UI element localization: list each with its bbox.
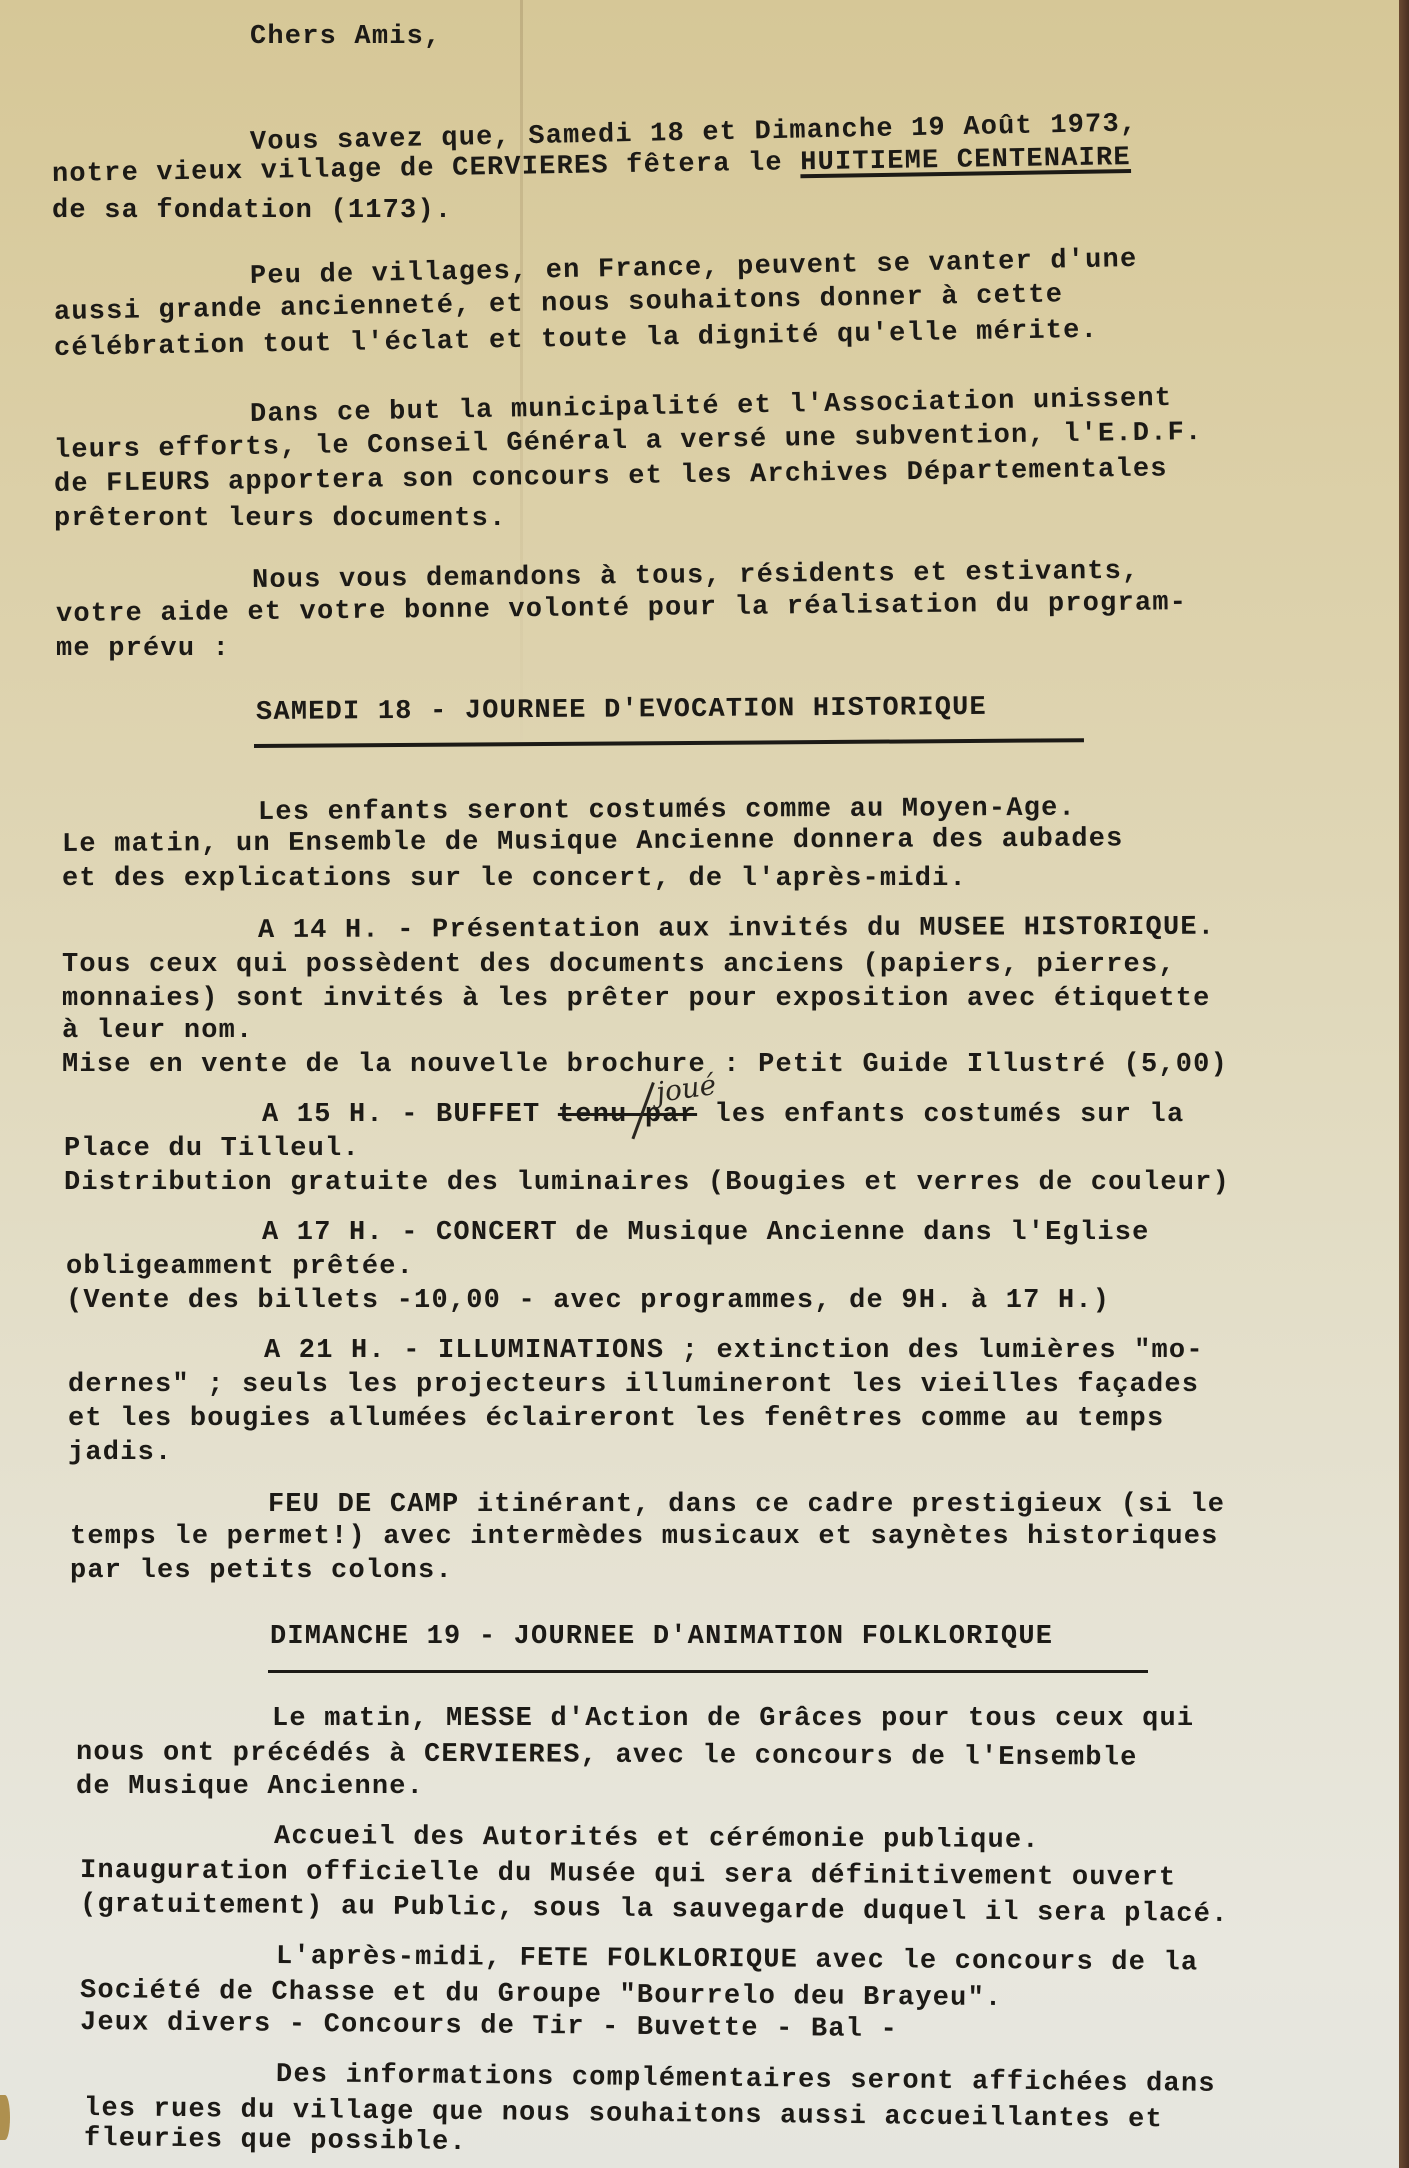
p1-line-3: de sa fondation (1173). xyxy=(52,196,452,226)
sat-intro-line-3: et des explications sur le concert, de l… xyxy=(62,864,967,894)
h15-line-1: A 15 H. - BUFFET tenu par les enfants co… xyxy=(262,1100,1184,1130)
paper-stain xyxy=(0,2095,10,2140)
fire-line-3: par les petits colons. xyxy=(70,1556,453,1586)
salutation: Chers Amis, xyxy=(250,22,441,52)
p4-line-2: votre aide et votre bonne volonté pour l… xyxy=(56,588,1187,630)
sat-intro-line-2: Le matin, un Ensemble de Musique Ancienn… xyxy=(62,824,1124,860)
frame-edge xyxy=(1399,0,1409,2168)
h21-line-2: dernes" ; seuls les projecteurs illumine… xyxy=(68,1370,1199,1400)
afternoon-line-3: Jeux divers - Concours de Tir - Buvette … xyxy=(80,2008,898,2045)
h21-line-3: et les bougies allumées éclaireront les … xyxy=(68,1404,1164,1434)
sat-intro-line-1: Les enfants seront costumés comme au Moy… xyxy=(258,794,1076,828)
h14-line-2: Tous ceux qui possèdent des documents an… xyxy=(62,950,1176,980)
afternoon-line-1: L'après-midi, FETE FOLKLORIQUE avec le c… xyxy=(276,1942,1199,1978)
p4-line-3: me prévu : xyxy=(56,634,230,664)
mass-line-2: nous ont précédés à CERVIERES, avec le c… xyxy=(76,1738,1138,1774)
sunday-heading: DIMANCHE 19 - JOURNEE D'ANIMATION FOLKLO… xyxy=(270,1622,1053,1652)
h15-prefix: A 15 H. - BUFFET xyxy=(262,1100,558,1130)
h14-line-5: Mise en vente de la nouvelle brochure : … xyxy=(62,1050,1228,1080)
h14-line-1: A 14 H. - Présentation aux invités du MU… xyxy=(258,913,1215,946)
mass-line-1: Le matin, MESSE d'Action de Grâces pour … xyxy=(272,1704,1194,1734)
h14-line-3: monnaies) sont invités à les prêter pour… xyxy=(62,984,1211,1014)
authorities-line-3: (gratuitement) au Public, sous la sauveg… xyxy=(80,1890,1229,1930)
saturday-heading-rule xyxy=(254,738,1084,748)
h14-line-4: à leur nom. xyxy=(62,1016,253,1046)
h15-line-3: Distribution gratuite des luminaires (Bo… xyxy=(64,1168,1230,1198)
h21-line-1: A 21 H. - ILLUMINATIONS ; extinction des… xyxy=(264,1336,1204,1366)
h17-line-3: (Vente des billets -10,00 - avec program… xyxy=(66,1286,1110,1316)
h21-line-4: jadis. xyxy=(68,1438,172,1468)
closing-line-3: fleuries que possible. xyxy=(84,2124,467,2158)
mass-line-3: de Musique Ancienne. xyxy=(76,1772,424,1802)
h17-line-2: obligeamment prêtée. xyxy=(66,1252,414,1282)
fire-line-2: temps le permet!) avec intermèdes musica… xyxy=(70,1522,1219,1552)
closing-line-1: Des informations complémentaires seront … xyxy=(276,2060,1216,2100)
saturday-heading: SAMEDI 18 - JOURNEE D'EVOCATION HISTORIQ… xyxy=(256,693,987,728)
fire-line-1: FEU DE CAMP itinérant, dans ce cadre pre… xyxy=(268,1490,1225,1520)
paper-fold xyxy=(520,0,523,760)
sunday-heading-rule xyxy=(268,1670,1148,1673)
p1-line-2-text: notre vieux village de CERVIERES fêtera … xyxy=(52,148,801,190)
p3-line-4: prêteront leurs documents. xyxy=(54,504,506,534)
authorities-line-2: Inauguration officielle du Musée qui ser… xyxy=(80,1856,1177,1894)
h17-line-1: A 17 H. - CONCERT de Musique Ancienne da… xyxy=(262,1218,1150,1248)
authorities-line-1: Accueil des Autorités et cérémonie publi… xyxy=(274,1822,1040,1856)
huitieme-centenaire: HUITIEME CENTENAIRE xyxy=(800,143,1131,178)
h15-line-2: Place du Tilleul. xyxy=(64,1134,360,1164)
h15-suffix: les enfants costumés sur la xyxy=(697,1100,1184,1130)
